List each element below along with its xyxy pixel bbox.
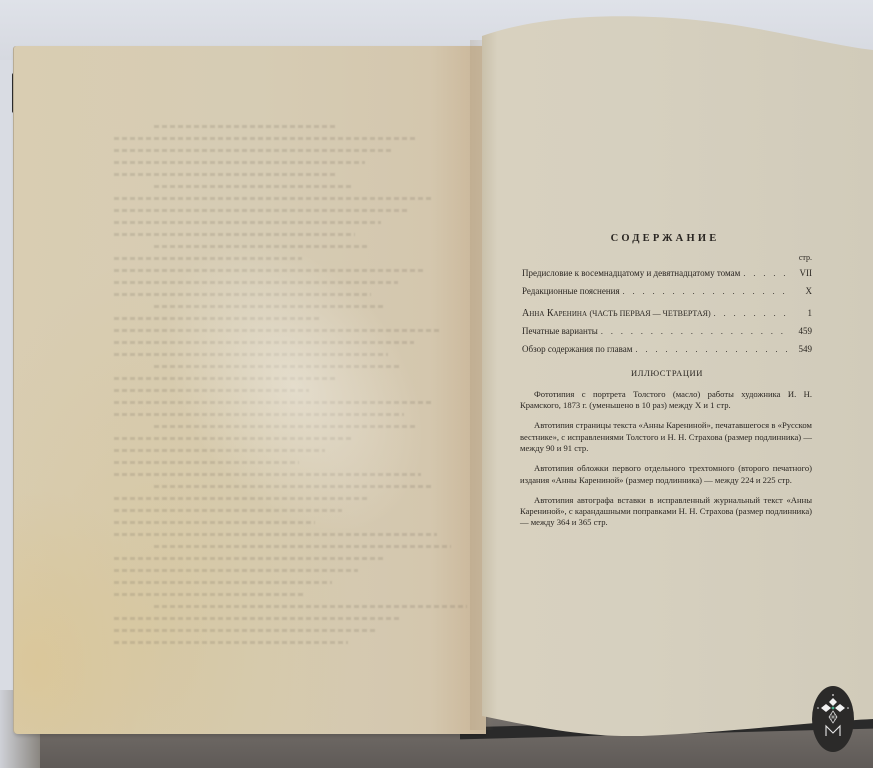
contents-heading: СОДЕРЖАНИЕ	[518, 233, 812, 244]
toc-entry-main-work: Анна Каренина (часть первая — четвертая)…	[522, 307, 812, 320]
table-of-contents: СОДЕРЖАНИЕ стр. Предисловие к восемнадца…	[522, 233, 812, 537]
bleed-through-line	[114, 593, 305, 596]
toc-entry-page: 459	[794, 325, 812, 337]
toc-entry-page: VII	[794, 267, 812, 279]
work-title: Анна Каренина	[522, 308, 587, 319]
work-subtitle: (часть первая — четвертая)	[590, 309, 711, 318]
toc-entry-label: Обзор содержания по главам	[522, 343, 632, 355]
bleed-through-line	[114, 641, 348, 644]
toc-entry: Обзор содержания по главам 549	[522, 343, 812, 356]
leader-dots	[743, 268, 791, 280]
leader-dots	[714, 308, 791, 320]
leader-dots	[623, 286, 791, 298]
toc-entry-label: Печатные варианты	[522, 325, 598, 337]
bleed-through-line	[114, 161, 365, 164]
bleed-through-line	[114, 149, 391, 152]
illustrations-heading: ИЛЛЮСТРАЦИИ	[522, 368, 812, 378]
toc-entry-page: X	[794, 285, 812, 297]
bleed-through-line	[154, 125, 336, 128]
watermark-logo	[812, 686, 854, 752]
toc-entry: Предисловие к восемнадцатому и девятнадц…	[522, 267, 812, 280]
toc-entry-label: Редакционные пояснения	[522, 285, 620, 297]
bleed-through-line	[114, 629, 375, 632]
leader-dots	[635, 344, 791, 356]
ornament-m-logo-icon	[812, 686, 854, 752]
toc-entry: Печатные варианты 459	[522, 325, 812, 338]
illustrations-list: Фототипия с портрета Толстого (масло) ра…	[522, 389, 812, 529]
left-page	[14, 46, 486, 734]
leader-dots	[601, 326, 791, 338]
toc-entry-page: 549	[794, 343, 812, 355]
toc-entry-label: Предисловие к восемнадцатому и девятнадц…	[522, 267, 740, 279]
illustration-item: Автотипия страницы текста «Анны Каренино…	[520, 420, 812, 454]
bleed-through-line	[114, 617, 401, 620]
illustration-item: Автотипия автографа вставки в исправленн…	[520, 495, 812, 529]
toc-entry: Редакционные пояснения X	[522, 285, 812, 298]
page-column-header: стр.	[522, 253, 812, 262]
illustration-item: Фототипия с портрета Толстого (масло) ра…	[520, 389, 812, 412]
bleed-through-line	[114, 137, 418, 140]
toc-entry-page: 1	[794, 307, 812, 319]
illustration-item: Автотипия обложки первого отдельного тре…	[520, 463, 812, 486]
toc-entry-label: Анна Каренина (часть первая — четвертая)	[522, 308, 711, 320]
